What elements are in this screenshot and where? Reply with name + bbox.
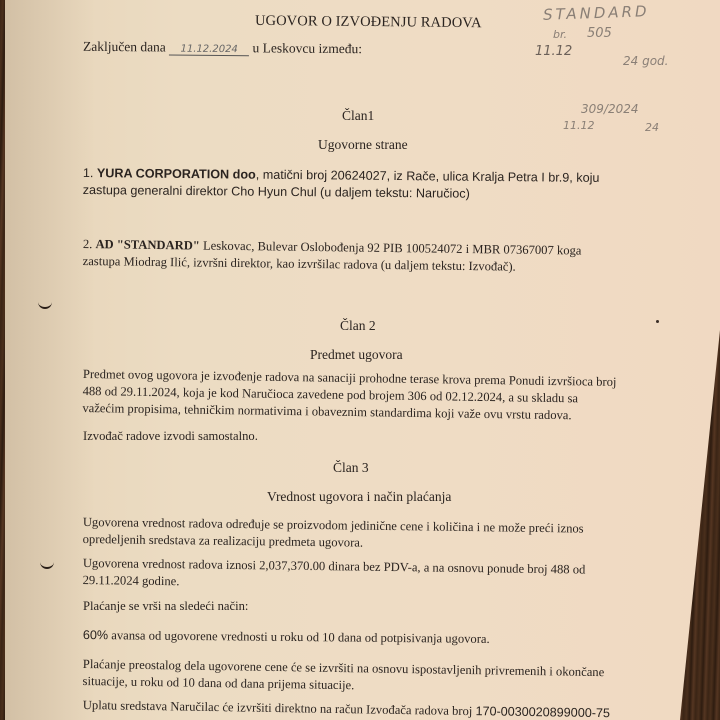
party-2: 2. AD "STANDARD" Leskovac, Bulevar Oslob… [83, 236, 643, 277]
party-2-number: 2. [83, 237, 93, 251]
article-2-heading: Član 2 [340, 318, 376, 334]
punch-hole-mark [40, 560, 54, 569]
article-2-paragraph-1: Predmet ovog ugovora je izvođenje radova… [82, 366, 643, 425]
punch-hole-mark [38, 300, 52, 309]
article-2-subheading: Predmet ugovora [310, 347, 403, 363]
stamp-registry-year: 24 [645, 121, 659, 134]
article-3-paragraph-5: Plaćanje preostalog dela ugovorene cene … [82, 656, 642, 699]
article-3-paragraph-4: 60% avansa od ugovorene vrednosti u roku… [83, 627, 643, 649]
article-1-heading: Član1 [342, 108, 374, 124]
article-3-subheading: Vrednost ugovora i način plaćanja [267, 489, 451, 505]
concluded-suffix: u Leskovcu između: [253, 40, 363, 56]
advance-terms: avansa od ugovorene vrednosti u roku od … [108, 628, 490, 646]
payment-text: Uplatu sredstava Naručilac će izvršiti d… [83, 698, 476, 718]
ink-speck [656, 320, 659, 323]
article-3-paragraph-1: Ugovorena vrednost radova određuje se pr… [83, 514, 643, 555]
handwritten-date: 11.12.2024 [169, 44, 249, 57]
concluded-prefix: Zaključen dana [83, 39, 166, 55]
concluded-line: Zaključen dana 11.12.2024 u Leskovcu izm… [83, 39, 362, 57]
party-1: 1. YURA CORPORATION doo, matični broj 20… [83, 165, 643, 204]
article-3-paragraph-2: Ugovorena vrednost radova iznosi 2,037,3… [83, 555, 643, 596]
document-title: UGOVOR O IZVOĐENJU RADOVA [255, 13, 482, 32]
stamp-company: STANDARD [543, 2, 650, 24]
party-2-name: AD "STANDARD" [95, 237, 200, 252]
stamp-registry-date: 11.12 [563, 119, 595, 132]
article-3-heading: Član 3 [333, 460, 369, 476]
party-1-details: , matični broj 20624027, iz Rače, ulica … [256, 168, 600, 185]
page-shadow [5, 0, 95, 720]
stamp-number-label: br. [553, 28, 567, 41]
party-1-name: YURA CORPORATION doo [97, 166, 256, 182]
contract-page: UGOVOR O IZVOĐENJU RADOVA Zaključen dana… [5, 0, 720, 720]
article-1-subheading: Ugovorne strane [318, 137, 408, 153]
stamp-registry-number: 309/2024 [581, 102, 639, 116]
article-2-paragraph-2: Izvođač radove izvodi samostalno. [83, 428, 643, 445]
bank-account-number: 170-0030020899000-75 [475, 704, 610, 720]
party-1-number: 1. [83, 166, 94, 180]
advance-percent: 60% [83, 628, 108, 642]
stamp-number: 505 [587, 26, 612, 41]
stamp-date: 11.12 [535, 44, 572, 59]
article-3-paragraph-6: Uplatu sredstava Naručilac će izvršiti d… [83, 697, 643, 720]
stamp-year: 24 god. [623, 54, 668, 68]
article-3-paragraph-3: Plaćanje se vrši na sledeći način: [83, 598, 643, 615]
